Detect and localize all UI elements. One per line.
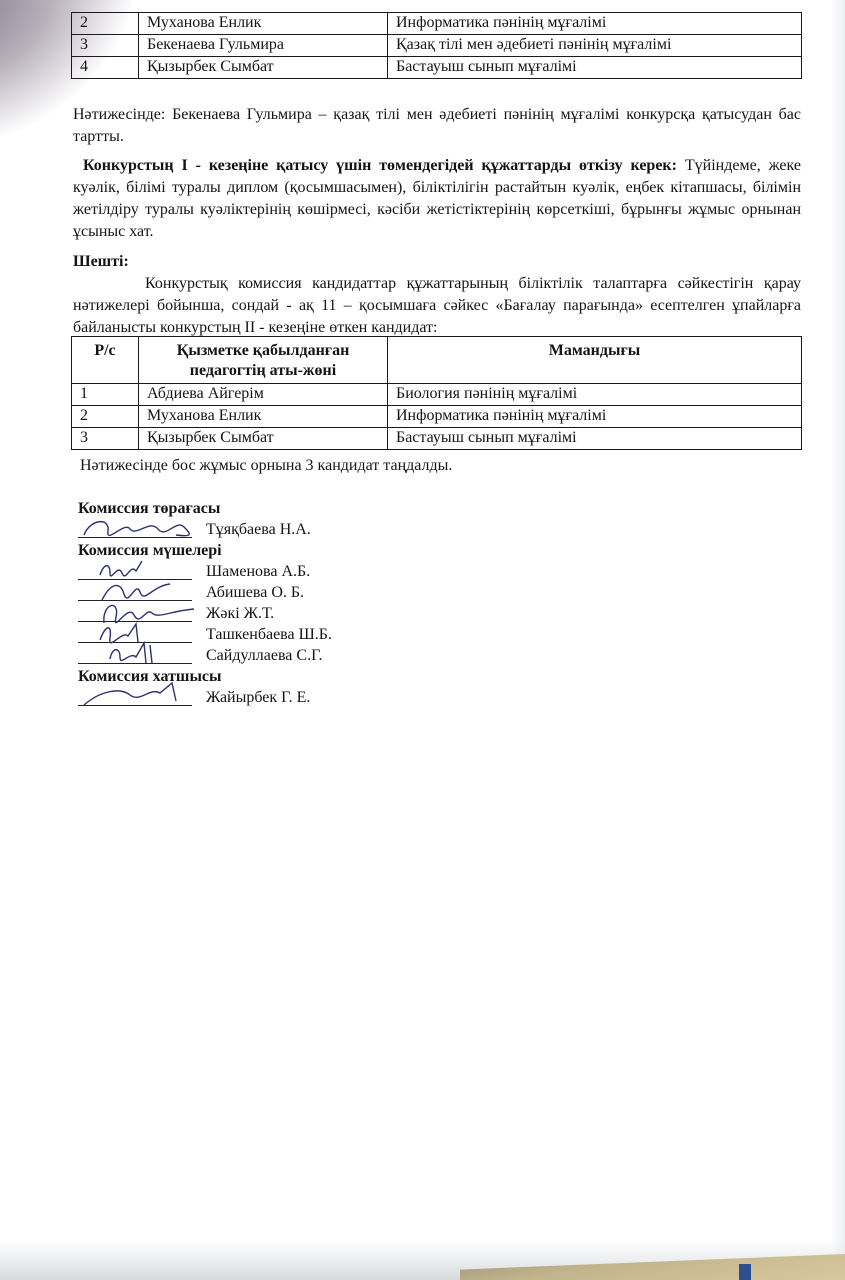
candidate-specialty: Информатика пәнінің мұғалімі [388, 406, 802, 428]
table-header-row: Р/с Қызметке қабылданған педагогтің аты-… [72, 337, 802, 384]
table-row: 3 Қызырбек Сымбат Бастауыш сынып мұғалім… [72, 428, 802, 450]
signature-row-chair: Тұяқбаева Н.А. [78, 519, 222, 540]
table-row: 2 Муханова Енлик Информатика пәнінің мұғ… [72, 13, 802, 35]
row-number: 2 [72, 406, 139, 428]
candidate-specialty: Информатика пәнінің мұғалімі [388, 13, 802, 35]
candidate-specialty: Қазақ тілі мен әдебиеті пәнінің мұғалімі [388, 35, 802, 57]
candidate-specialty: Бастауыш сынып мұғалімі [388, 57, 802, 79]
header-specialty: Мамандығы [388, 337, 802, 384]
documents-section: Конкурстың I - кезеңіне қатысу үшін төме… [73, 155, 801, 243]
secretary-name: Жайырбек Г. Е. [206, 687, 310, 708]
table-row: 4 Қызырбек Сымбат Бастауыш сынып мұғалім… [72, 57, 802, 79]
chair-name: Тұяқбаева Н.А. [206, 519, 311, 540]
row-number: 3 [72, 35, 139, 57]
row-number: 2 [72, 13, 139, 35]
signature-scribble-icon [80, 639, 196, 669]
member-name: Шаменова А.Б. [206, 561, 310, 582]
signature-block: Комиссия төрағасы Тұяқбаева Н.А. Комисси… [78, 498, 222, 708]
member-name: Абишева О. Б. [206, 582, 304, 603]
decision-text: Конкурстық комиссия кандидаттар құжаттар… [73, 273, 801, 339]
member-name: Ташкенбаева Ш.Б. [206, 624, 332, 645]
table-row: 3 Бекенаева Гульмира Қазақ тілі мен әдеб… [72, 35, 802, 57]
candidate-name: Абдиева Айгерім [139, 384, 388, 406]
header-name: Қызметке қабылданған педагогтің аты-жөні [139, 337, 388, 384]
selected-candidates-table: Р/с Қызметке қабылданған педагогтің аты-… [71, 336, 802, 450]
signature-scribble-icon [80, 681, 196, 711]
row-number: 4 [72, 57, 139, 79]
candidate-name: Қызырбек Сымбат [139, 57, 388, 79]
row-number: 3 [72, 428, 139, 450]
candidate-name: Бекенаева Гульмира [139, 35, 388, 57]
signature-row-member: Сайдуллаева С.Г. [78, 645, 222, 666]
selection-result-text: Нәтижесінде бос жұмыс орнына 3 кандидат … [80, 455, 808, 477]
candidate-name: Қызырбек Сымбат [139, 428, 388, 450]
signature-row-secretary: Жайырбек Г. Е. [78, 687, 222, 708]
withdrawal-result-text: Нәтижесінде: Бекенаева Гульмира – қазақ … [73, 104, 801, 148]
candidate-specialty: Биология пәнінің мұғалімі [388, 384, 802, 406]
table-row: 1 Абдиева Айгерім Биология пәнінің мұғал… [72, 384, 802, 406]
member-name: Жәкі Ж.Т. [206, 603, 274, 624]
signature-scribble-icon [80, 513, 196, 543]
page-edge-shadow [831, 0, 845, 1280]
row-number: 1 [72, 384, 139, 406]
member-name: Сайдуллаева С.Г. [206, 645, 323, 666]
header-number: Р/с [72, 337, 139, 384]
table-row: 2 Муханова Енлик Информатика пәнінің мұғ… [72, 406, 802, 428]
continued-candidates-table: 2 Муханова Енлик Информатика пәнінің мұғ… [71, 12, 802, 79]
decision-heading: Шешті: [73, 251, 801, 273]
candidate-name: Муханова Енлик [139, 13, 388, 35]
candidate-specialty: Бастауыш сынып мұғалімі [388, 428, 802, 450]
documents-heading: Конкурстың I - кезеңіне қатысу үшін төме… [83, 157, 677, 174]
desk-object [739, 1264, 751, 1280]
candidate-name: Муханова Енлик [139, 406, 388, 428]
